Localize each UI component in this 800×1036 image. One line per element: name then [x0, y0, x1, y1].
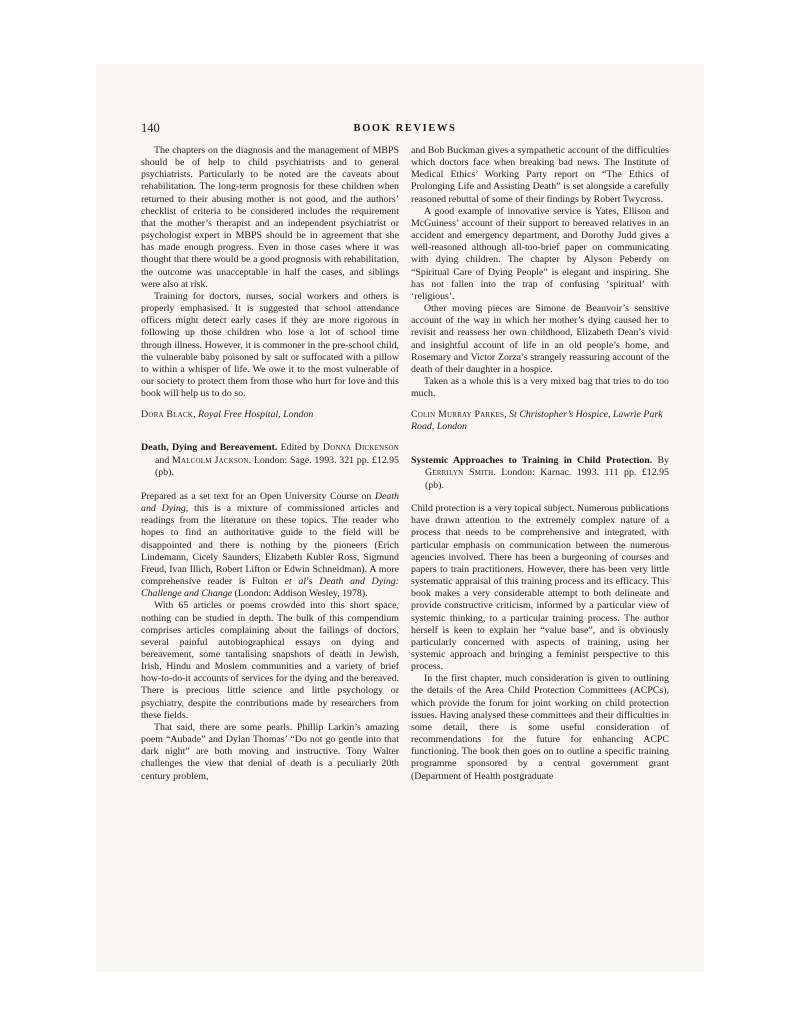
- paragraph: In the first chapter, much consideration…: [411, 673, 669, 782]
- paragraph: Other moving pieces are Simone de Beauvo…: [411, 303, 669, 376]
- review-heading: Systemic Approaches to Training in Child…: [411, 455, 669, 493]
- page-header: 140 BOOK REVIEWS: [141, 121, 669, 135]
- paragraph: Prepared as a set text for an Open Unive…: [141, 491, 399, 600]
- paragraph: A good example of innovative service is …: [411, 206, 669, 303]
- review-heading: Death, Dying and Bereavement. Edited by …: [141, 442, 399, 480]
- paragraph: With 65 articles or poems crowded into t…: [141, 600, 399, 722]
- left-column: The chapters on the diagnosis and the ma…: [141, 145, 399, 783]
- page-content: 140 BOOK REVIEWS The chapters on the dia…: [141, 121, 669, 783]
- paragraph: Child protection is a very topical subje…: [411, 503, 669, 673]
- journal-page: 140 BOOK REVIEWS The chapters on the dia…: [96, 64, 704, 972]
- paragraph: The chapters on the diagnosis and the ma…: [141, 145, 399, 291]
- paragraph: Training for doctors, nurses, social wor…: [141, 291, 399, 400]
- scanned-journal-page: 140 BOOK REVIEWS The chapters on the dia…: [0, 0, 800, 1036]
- two-column-body: The chapters on the diagnosis and the ma…: [141, 145, 669, 783]
- paragraph: Taken as a whole this is a very mixed ba…: [411, 376, 669, 400]
- review-signature: Dora Black, Royal Free Hospital, London: [141, 409, 399, 421]
- paragraph: That said, there are some pearls. Philli…: [141, 722, 399, 783]
- right-column: and Bob Buckman gives a sympathetic acco…: [411, 145, 669, 783]
- review-signature: Colin Murray Parkes, St Christopher’s Ho…: [411, 409, 669, 433]
- paragraph: and Bob Buckman gives a sympathetic acco…: [411, 145, 669, 206]
- running-title: BOOK REVIEWS: [141, 122, 669, 135]
